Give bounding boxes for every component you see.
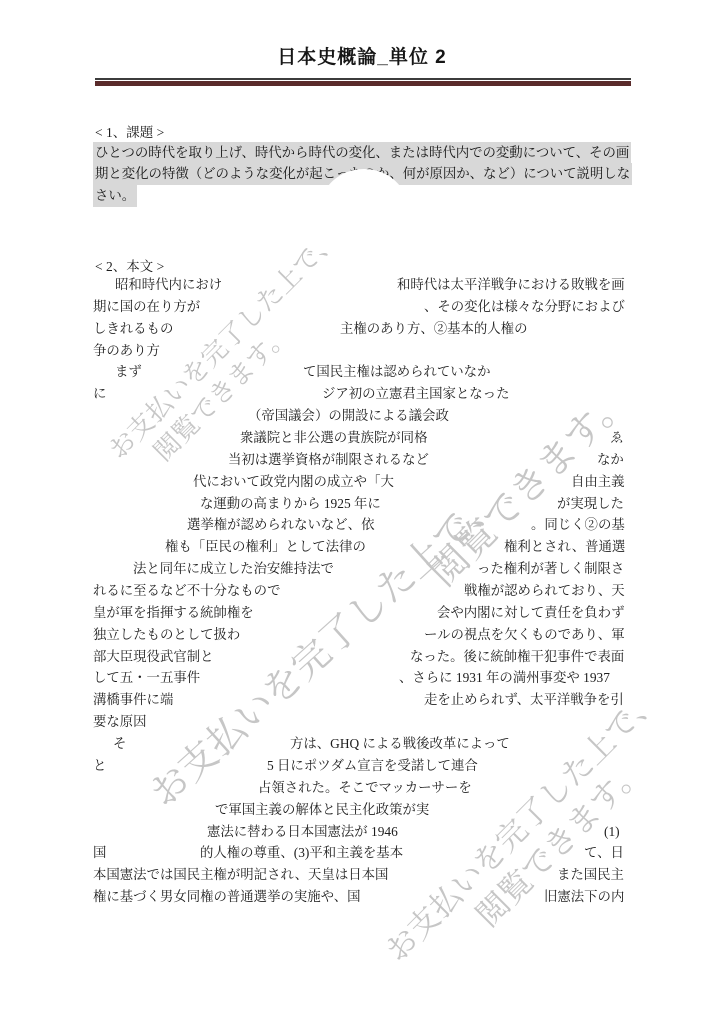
payment-watermark-text: お支払いを完了した上で、 (373, 675, 667, 969)
body-line-fragment: 昭和時代内におけ (115, 278, 222, 292)
document-title: 日本史概論_単位 2 (0, 42, 724, 69)
body-line-fragment: 、さらに 1931 年の満州事変や 1937 (399, 671, 610, 685)
body-line-fragment: 権利とされ、普通選 (504, 540, 625, 554)
body-line-fragment: 5 日にポツダム宣言を受諾して連合 (267, 759, 478, 773)
body-line-fragment: 要な原因 (93, 715, 147, 729)
body-line-fragment: と (93, 759, 106, 773)
body-line-fragment: 選挙権が認められないなど、依 (187, 518, 374, 532)
body-line-fragment: 和時代は太平洋戦争における敗戦を画 (397, 278, 625, 292)
document-page: 日本史概論_単位 2 < 1、課題 > ひとつの時代を取り上げ、時代から時代の変… (0, 0, 724, 1024)
body-line-fragment: れるに至るなど不十分なもので (93, 584, 280, 598)
body-line-fragment: 国 (93, 846, 106, 860)
body-line-fragment: に (93, 387, 106, 401)
assignment-highlighted-line: さい。 (93, 185, 137, 207)
body-line-fragment: また国民主 (557, 868, 624, 882)
body-line-fragment: そ (113, 737, 126, 751)
title-divider-thin-line (95, 78, 631, 80)
body-line-fragment: 方は、GHQ による戦後改革によって (290, 737, 510, 751)
body-line-fragment: で軍国主義の解体と民主化政策が実 (215, 803, 429, 817)
body-line-fragment: （帝国議会）の開設による議会政 (248, 409, 449, 423)
body-line-fragment: 皇が軍を指揮する統帥権を (93, 606, 254, 620)
body-line-fragment: 戦権が認められており、天 (464, 584, 625, 598)
section1-heading: < 1、課題 > (95, 121, 164, 141)
body-line-fragment: 溝橋事件に端 (93, 693, 173, 707)
body-line-fragment: (1) (604, 825, 620, 839)
body-line-fragment: まず (115, 365, 142, 379)
body-line-fragment: 争のあり方 (93, 344, 160, 358)
body-line-fragment: が実現した (557, 497, 624, 511)
body-line-fragment: 期に国の在り方が (93, 300, 200, 314)
body-line-fragment: 占領された。そこでマッカーサーを (258, 781, 472, 795)
title-divider-thick-line (95, 81, 631, 86)
body-line-fragment: 自由主義 (571, 475, 625, 489)
body-line-fragment: 当初は選挙資格が制限されるなど (228, 453, 429, 467)
body-line-fragment: なか (597, 453, 624, 467)
body-line-fragment: 会や内閣に対して責任を負わず (437, 606, 624, 620)
body-line-fragment: 権も「臣民の権利」として法律の (165, 540, 366, 554)
body-line-fragment: 走を止められず、太平洋戦争を引 (424, 693, 624, 707)
assignment-highlighted-line: ひとつの時代を取り上げ、時代から時代の変化、または時代内での変動について、その画 (93, 142, 631, 164)
body-line-fragment: なった。後に統帥権干犯事件で表面 (410, 650, 624, 664)
body-line-fragment: ールの視点を欠くものであり、軍 (424, 628, 625, 642)
body-line-fragment: 部大臣現役武官制と (93, 650, 214, 664)
body-line-fragment: 旧憲法下の内 (544, 890, 624, 904)
body-line-fragment: 主権のあり方、②基本的人権の (340, 322, 527, 336)
body-line-fragment: 法と同年に成立した治安維持法で (133, 562, 334, 576)
section2-heading: < 2、本文 > (95, 255, 164, 275)
body-line-fragment: して五・一五事件 (93, 671, 200, 685)
body-line-fragment: 本国憲法では国民主権が明記され、天皇は日本国 (93, 868, 388, 882)
body-line-fragment: 的人権の尊重、(3)平和主義を基本 (200, 846, 403, 860)
body-line-fragment: 憲法に替わる日本国憲法が 1946 (207, 825, 398, 839)
body-line-fragment: 権に基づく男女同権の普通選挙の実施や、国 (93, 890, 361, 904)
body-line-fragment: しきれるもの (93, 322, 173, 336)
body-line-fragment: ジア初の立憲君主国家となった (322, 387, 509, 401)
body-line-fragment: 独立したものとして扱わ (93, 628, 240, 642)
body-line-fragment: 、その変化は様々な分野におよび (424, 300, 625, 314)
body-line-fragment: て、日 (584, 846, 624, 860)
body-line-fragment: 衆議院と非公選の貴族院が同格 (240, 431, 427, 445)
body-line-fragment: 。同じく②の基 (531, 518, 625, 532)
body-line-fragment: 代において政党内閣の成立や「大 (193, 475, 394, 489)
body-line-fragment: て国民主権は認められていなか (303, 365, 490, 379)
body-line-fragment: な運動の高まりから 1925 年に (200, 497, 381, 511)
body-line-fragment: った権利が著しく制限さ (477, 562, 624, 576)
